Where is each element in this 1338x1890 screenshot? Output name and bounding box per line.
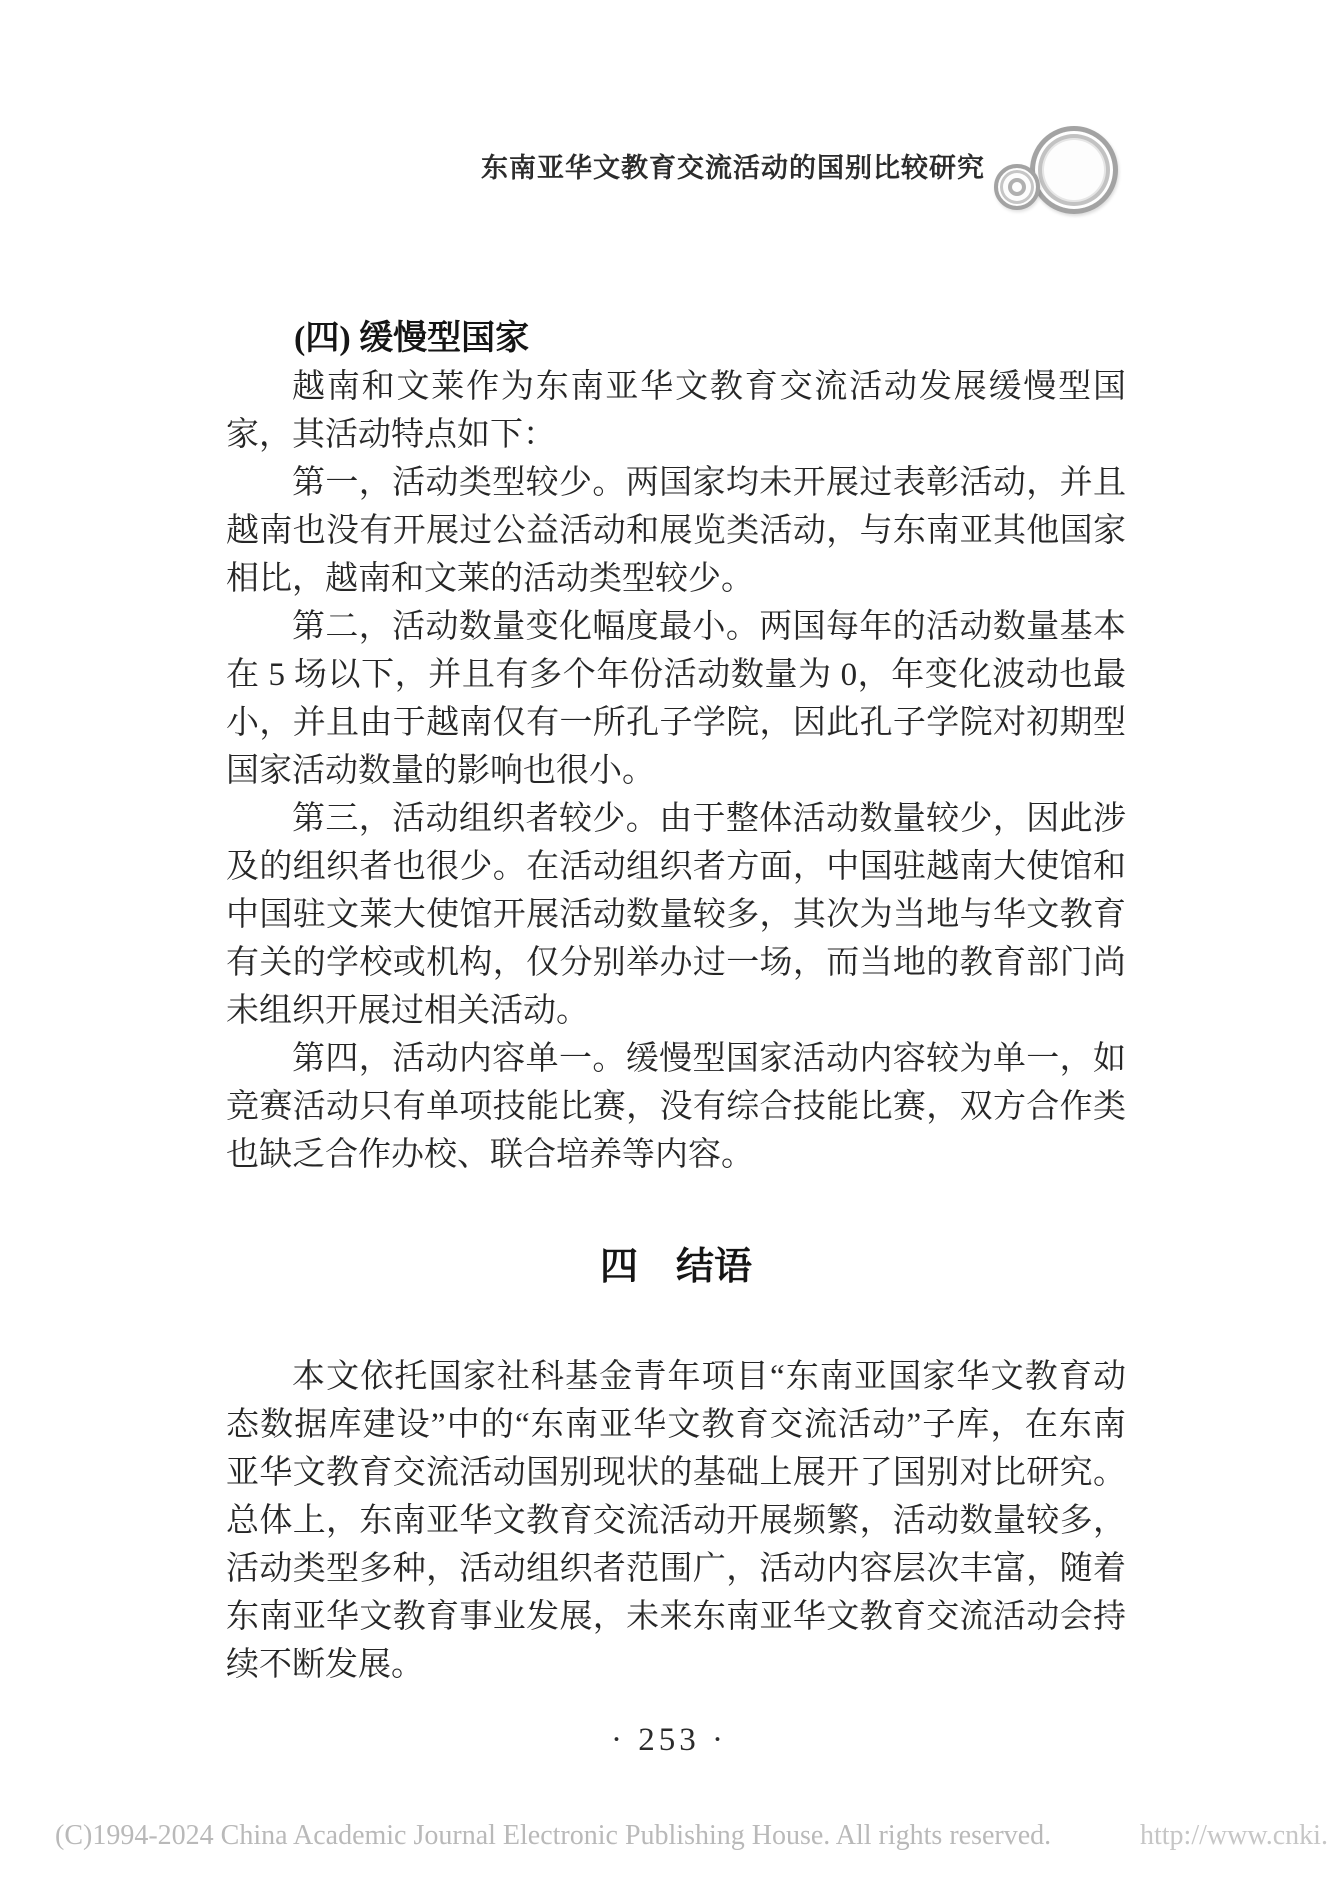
body-paragraph: 第一，活动类型较少。两国家均未开展过表彰活动，并且越南也没有开展过公益活动和展览… bbox=[226, 459, 1126, 603]
body-paragraph: 第三，活动组织者较少。由于整体活动数量较少，因此涉及的组织者也很少。在活动组织者… bbox=[226, 795, 1126, 1035]
section-subheading: (四) 缓慢型国家 bbox=[226, 315, 1126, 363]
large-ring-icon bbox=[1030, 126, 1118, 214]
body-paragraph: 第四，活动内容单一。缓慢型国家活动内容较为单一，如竞赛活动只有单项技能比赛，没有… bbox=[226, 1035, 1126, 1179]
page-number: · 253 · bbox=[0, 1722, 1338, 1759]
running-head-title: 东南亚华文教育交流活动的国别比较研究 bbox=[481, 146, 985, 185]
document-page: 东南亚华文教育交流活动的国别比较研究 (四) 缓慢型国家 越南和文莱作为东南亚华… bbox=[0, 0, 1338, 1890]
copyright-text: (C)1994-2024 China Academic Journal Elec… bbox=[55, 1820, 1051, 1851]
body-paragraph: 越南和文莱作为东南亚华文教育交流活动发展缓慢型国家，其活动特点如下： bbox=[226, 363, 1126, 459]
article-body: (四) 缓慢型国家 越南和文莱作为东南亚华文教育交流活动发展缓慢型国家，其活动特… bbox=[226, 315, 1126, 1689]
small-ring-icon bbox=[994, 164, 1040, 210]
conclusion-paragraph: 本文依托国家社科基金青年项目“东南亚国家华文教育动态数据库建设”中的“东南亚华文… bbox=[226, 1353, 1126, 1689]
small-ring-center-icon bbox=[1008, 178, 1026, 196]
body-paragraph: 第二，活动数量变化幅度最小。两国每年的活动数量基本在 5 场以下，并且有多个年份… bbox=[226, 603, 1126, 795]
conclusion-heading: 四 结语 bbox=[226, 1237, 1126, 1297]
copyright-footer: (C)1994-2024 China Academic Journal Elec… bbox=[55, 1820, 1338, 1868]
footer-url: http://www.cnki. bbox=[1140, 1820, 1328, 1852]
